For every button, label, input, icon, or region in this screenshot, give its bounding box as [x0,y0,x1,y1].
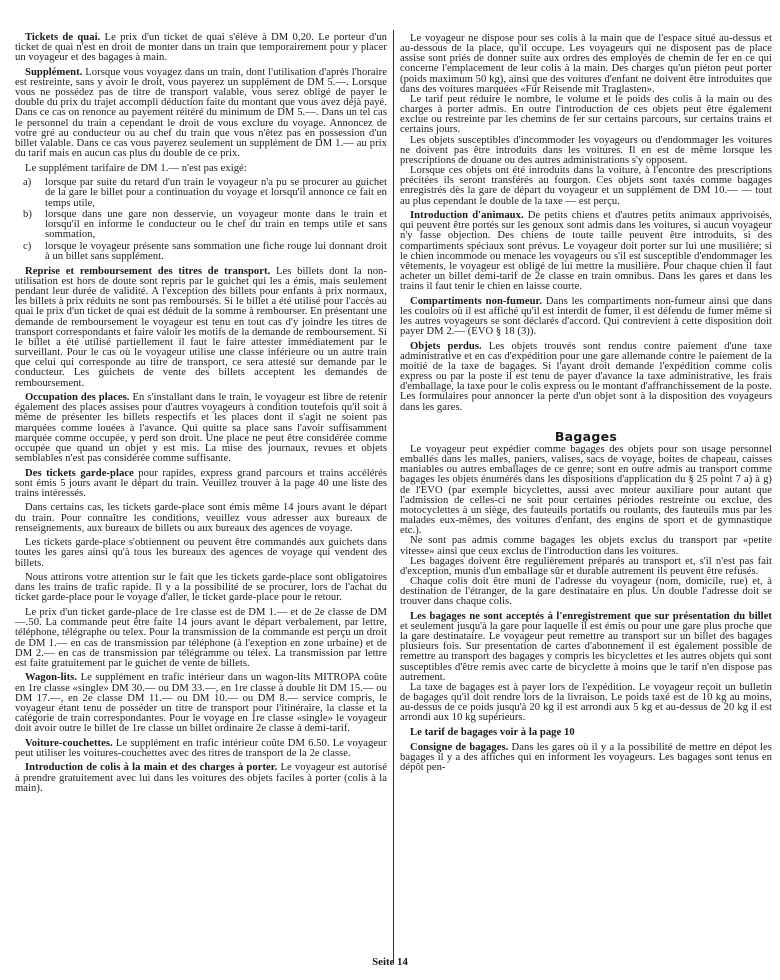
tarif-bagages-reference: Le tarif de bagages voir à la page 10 [400,728,772,738]
paragraph: Le prix d'un ticket garde-place de 1re c… [15,608,387,669]
section-text: De petits chiens et d'autres petits anim… [400,210,772,292]
paragraph: Le voyageur peut expédier comme bagages … [400,445,772,536]
section-bagages-enregistrement: Les bagages ne sont acceptés à l'enregis… [400,612,772,683]
section-text: En s'installant dans le train, le voyage… [15,392,387,464]
supplement-not-required-intro: Le supplément tarifaire de DM 1.— n'est … [15,164,387,174]
paragraph: Lorsque ces objets ont été introduits da… [400,166,772,207]
column-divider [393,30,394,964]
section-couchettes: Voiture-couchettes. Le supplément en tra… [15,739,387,759]
list-marker: a) [23,178,31,188]
section-text: Lorsque vous voyagez dans un train, dont… [15,67,387,159]
section-consigne: Consigne de bagages. Dans les gares où i… [400,743,772,773]
list-item-text: lorsque dans une gare non desservie, un … [45,209,387,240]
paragraph: Chaque colis doit être muni de l'adresse… [400,577,772,607]
section-colis: Introduction de colis à la main et des c… [15,763,387,793]
list-marker: c) [23,242,31,252]
section-text: Le supplément en trafic intérieur dans u… [15,672,387,734]
section-wagon-lits: Wagon-lits. Le supplément en trafic inté… [15,673,387,734]
section-occupation: Occupation des places. En s'installant d… [15,393,387,464]
list-item: c)lorsque le voyageur présente sans somm… [23,242,387,262]
bagages-heading: Bagages [400,432,772,442]
section-text: Les objets trouvés sont rendus contre pa… [400,341,772,413]
list-item-text: lorsque le voyageur présente sans sommat… [45,241,387,262]
document-page: Tickets de quai. Le prix d'un ticket de … [0,0,780,980]
section-animaux: Introduction d'animaux. De petits chiens… [400,211,772,292]
section-non-fumeur: Compartiments non-fumeur. Dans les compa… [400,297,772,338]
section-reprise: Reprise et remboursement des titres de t… [15,267,387,389]
right-column: Le voyageur ne dispose pour ses colis à … [400,34,772,777]
list-item: a)lorsque par suite du retard d'un train… [23,178,387,208]
page-number: Seite 14 [0,956,780,968]
reference-text: Le tarif de bagages voir à la page 10 [410,727,575,738]
section-tickets-quai: Tickets de quai. Le prix d'un ticket de … [15,33,387,63]
list-item: b)lorsque dans une gare non desservie, u… [23,210,387,240]
section-text: et seulement jusqu'à la gare pour laquel… [400,621,772,683]
section-objets-perdus: Objets perdus. Les objets trouvés sont r… [400,342,772,413]
supplement-exceptions-list: a)lorsque par suite du retard d'un train… [15,178,387,262]
paragraph: Le tarif peut réduire le nombre, le volu… [400,95,772,136]
section-text: Les billets dont la non-utilisation est … [15,266,387,389]
section-garde-place: Des tickets garde-place pour rapides, ex… [15,469,387,499]
paragraph: Les tickets garde-place s'obtiennent ou … [15,538,387,568]
section-supplement: Supplément. Lorsque vous voyagez dans un… [15,68,387,159]
paragraph: Dans certains cas, les tickets garde-pla… [15,503,387,533]
paragraph: La taxe de bagages est à payer lors de l… [400,683,772,724]
paragraph: Nous attirons votre attention sur le fai… [15,573,387,603]
paragraph: Ne sont pas admis comme bagages les obje… [400,536,772,556]
list-item-text: lorsque par suite du retard d'un train l… [45,177,387,208]
left-column: Tickets de quai. Le prix d'un ticket de … [15,33,387,798]
paragraph: Les objets susceptibles d'incommoder les… [400,136,772,166]
paragraph: Les bagages doivent être regulièrement p… [400,557,772,577]
paragraph: Le voyageur ne dispose pour ses colis à … [400,34,772,95]
list-marker: b) [23,210,32,220]
